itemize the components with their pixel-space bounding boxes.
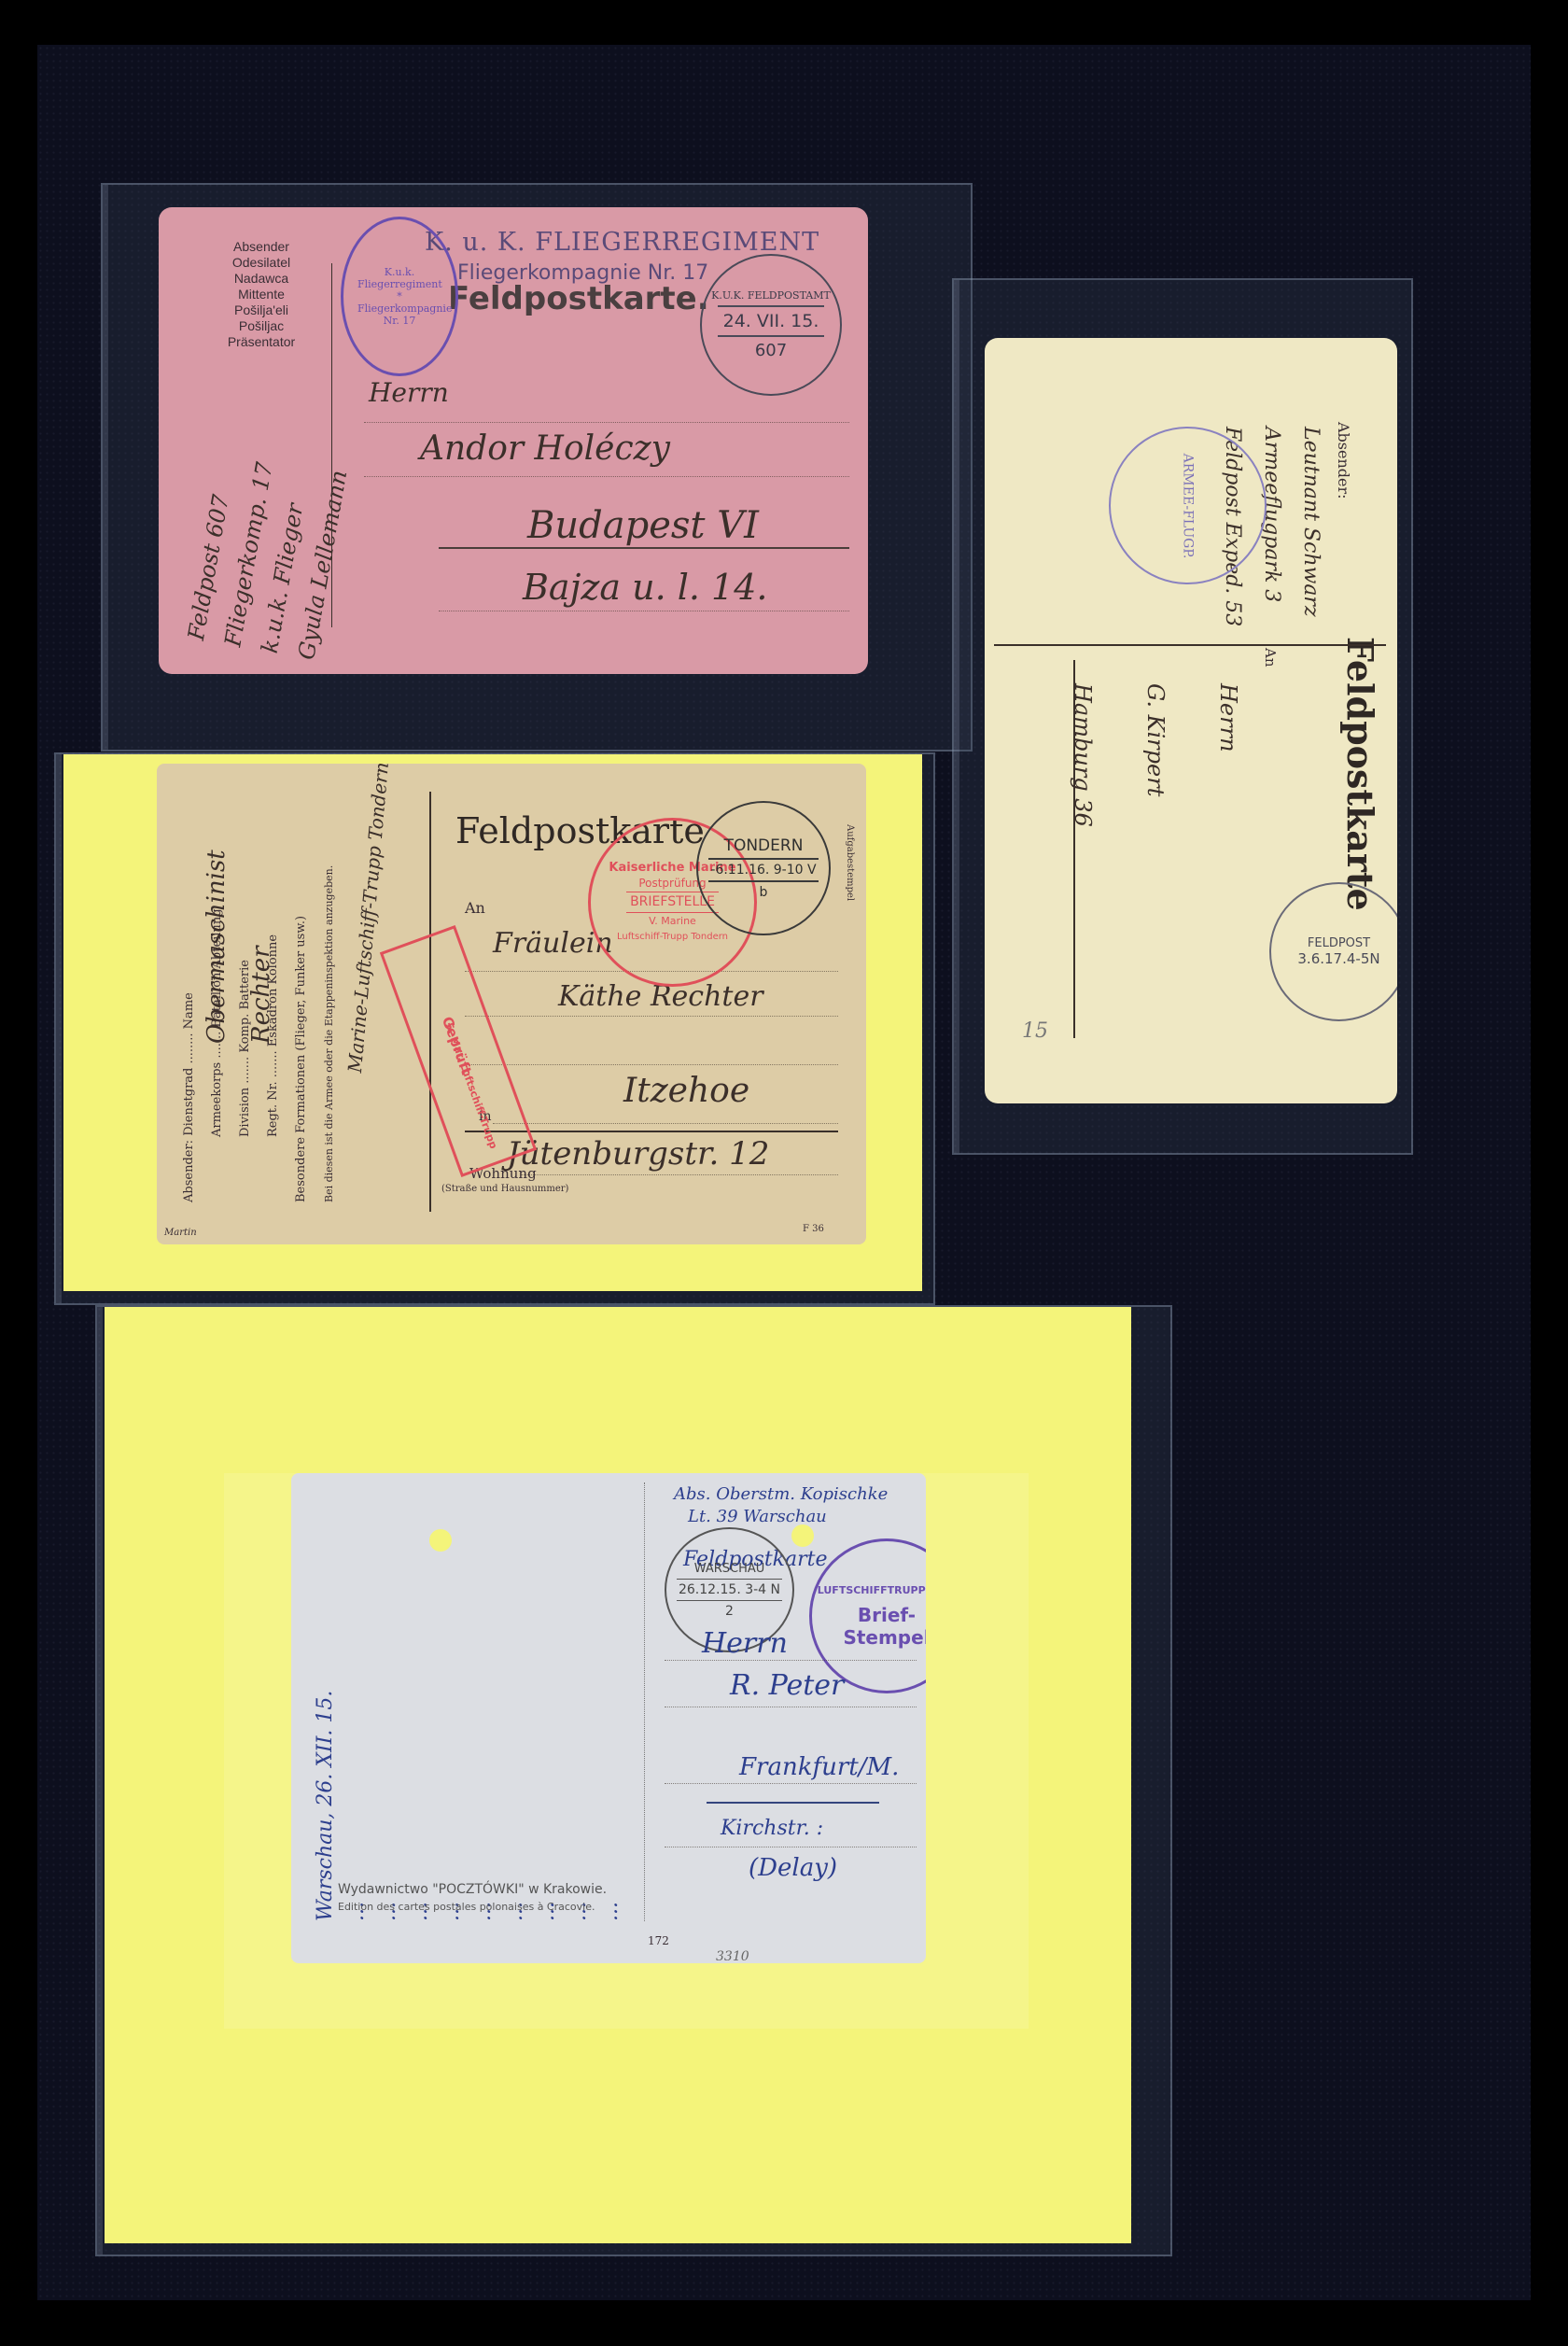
- card3-recipient-label: An: [465, 899, 485, 917]
- card3-addressee-city: Itzehoe: [623, 1072, 749, 1110]
- album-page: K. u. K. FLIEGERREGIMENT Fliegerkompagni…: [37, 45, 1531, 2300]
- card4-addressee-city: Frankfurt/M.: [739, 1753, 899, 1781]
- postcard-luftschifftrupp-8[interactable]: Warschau, 26. XII. 15. .................…: [291, 1473, 926, 1963]
- postcard-armee-flugpark[interactable]: Feldpostkarte Absender: An Leutnant Schw…: [985, 338, 1397, 1103]
- card3-residence-sublabel: (Straße und Hausnummer): [441, 1184, 568, 1194]
- card4-addressee-note: (Delay): [749, 1854, 837, 1882]
- card4-addressee-herrn: Herrn: [702, 1627, 788, 1660]
- card1-header-line1: K. u. K. FLIEGERREGIMENT: [425, 228, 819, 257]
- card3-printer: Martin: [164, 1228, 197, 1238]
- card3-unit-handwriting: Marine-Luftschiff-Trupp Tondern: [343, 764, 393, 1074]
- card1-sender-labels: Absender Odesilatel Nadawca Mittente Poš…: [205, 239, 317, 350]
- card1-postmark: K.U.K. FELDPOSTAMT 24. VII. 15. 607: [700, 254, 842, 396]
- card3-stamp-place-label: Aufgabestempel: [845, 824, 855, 901]
- card1-unit-stamp: K.u.k. Fliegerregiment * Fliegerkompagni…: [341, 217, 458, 376]
- card2-feldpost-postmark: FELDPOST 3.6.17.4-5N: [1269, 882, 1397, 1021]
- card3-form-number: F 36: [803, 1224, 824, 1234]
- postcard-kuk-fliegerregiment[interactable]: K. u. K. FLIEGERREGIMENT Fliegerkompagni…: [159, 207, 868, 674]
- card4-publisher-line2: Edition des cartes postales polonaises à…: [338, 1901, 595, 1913]
- card4-pencil-note: 3310: [716, 1949, 749, 1963]
- card1-title: Feldpostkarte.: [448, 280, 709, 317]
- card1-sender-handwriting: Feldpost 607 Fliegerkomp. 17 k.u.k. Flie…: [177, 448, 357, 663]
- card4-punch-hole-2: [791, 1524, 814, 1547]
- card3-censor-box: Geprüft 5. Mar. Luftschiff-Trupp: [380, 925, 537, 1177]
- card3-addressee-street: Jütenburgstr. 12: [507, 1135, 769, 1173]
- card4-publisher-line1: Wydawnictwo "POCZTÓWKI" w Krakowie.: [338, 1882, 607, 1897]
- card4-addressee-street: Kirchstr. :: [721, 1817, 823, 1840]
- card3-tondern-postmark: TONDERN -6.11.16. 9-10 V b: [696, 801, 831, 935]
- card1-addressee-street: Bajza u. l. 14.: [523, 567, 768, 608]
- card1-addressee-city: Budapest VI: [527, 504, 759, 547]
- card2-flugpark-stamp: ARMEE-FLUGP.: [1109, 427, 1267, 584]
- card2-addressee: Herrn G. Kirpert Hamburg 36: [1046, 683, 1265, 827]
- card2-recipient-label: An: [1262, 648, 1279, 667]
- card1-addressee-herrn: Herrn: [369, 377, 449, 408]
- card4-addressee-name: R. Peter: [730, 1669, 844, 1702]
- card2-title: Feldpostkarte: [1339, 637, 1381, 911]
- postcard-tondern-feldpostkarte[interactable]: Feldpostkarte Absender: Dienstgrad .....…: [157, 764, 866, 1244]
- card2-sender-label: Absender:: [1335, 422, 1352, 499]
- card4-punch-hole-1: [429, 1529, 452, 1552]
- card2-pencil-note: 15: [1022, 1019, 1048, 1043]
- card3-sender-handwriting: Obermaschinist Rechter: [194, 850, 284, 1044]
- card4-sender-line1: Abs. Oberstm. Kopischke: [674, 1484, 888, 1504]
- card4-sender-line2: Lt. 39 Warschau: [688, 1507, 827, 1526]
- card1-addressee-name: Andor Holéczy: [420, 429, 670, 468]
- card4-card-number: 172: [648, 1934, 669, 1947]
